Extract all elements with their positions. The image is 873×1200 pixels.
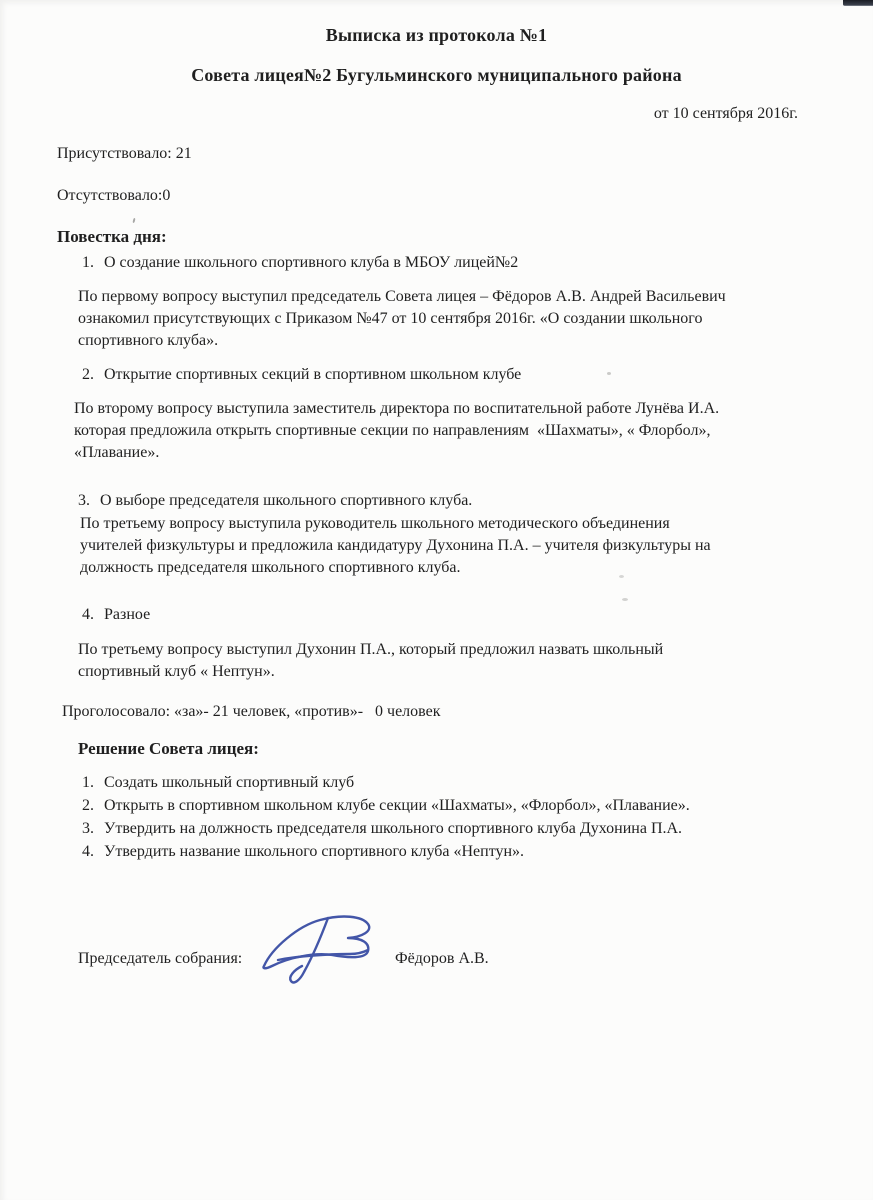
agenda-item-2-title: 2.Открытие спортивных секций в спортивно… — [82, 364, 521, 386]
decision-item-2-text: Открыть в спортивном школьном клубе секц… — [104, 797, 690, 814]
agenda-item-4-paragraph: По третьему вопросу выступил Духонин П.А… — [78, 639, 818, 683]
agenda-item-1-title-text: О создание школьного спортивного клуба в… — [104, 254, 518, 271]
decision-list: 1.Создать школьный спортивный клуб 2.Отк… — [82, 771, 690, 863]
agenda-item-1-number: 1. — [82, 252, 104, 274]
agenda-item-1-paragraph: По первому вопросу выступил председатель… — [78, 286, 818, 352]
decision-item-4-number: 4. — [82, 840, 104, 863]
scan-speck — [607, 372, 611, 375]
agenda-item-4-title-text: Разное — [104, 606, 150, 623]
signature-label: Председатель собрания: — [78, 948, 242, 970]
decision-item-4: 4.Утвердить название школьного спортивно… — [82, 840, 690, 863]
attendance-present: Присутствовало: 21 — [57, 143, 192, 165]
agenda-item-3-title-text: О выборе председателя школьного спортивн… — [100, 492, 472, 509]
decision-item-1-number: 1. — [82, 771, 104, 794]
agenda-heading: Повестка дня: — [57, 226, 167, 248]
scan-artifact-top-right — [843, 0, 873, 6]
decision-item-3-number: 3. — [82, 817, 104, 840]
signature-name: Фёдоров А.В. — [395, 948, 489, 970]
scan-speck — [132, 218, 135, 223]
signature-ink — [258, 910, 390, 990]
attendance-absent: Отсутствовало:0 — [57, 185, 170, 207]
agenda-item-3-title: 3.О выборе председателя школьного спорти… — [78, 490, 472, 512]
vote-result-line: Проголосовало: «за»- 21 человек, «против… — [62, 701, 440, 723]
decision-item-4-text: Утвердить название школьного спортивного… — [104, 843, 524, 860]
decision-item-2: 2.Открыть в спортивном школьном клубе се… — [82, 794, 690, 817]
agenda-item-4-number: 4. — [82, 604, 104, 626]
document-date: от 10 сентября 2016г. — [654, 103, 798, 125]
decision-item-3: 3.Утвердить на должность председателя шк… — [82, 817, 690, 840]
decision-item-2-number: 2. — [82, 794, 104, 817]
document-title-line1: Выписка из протокола №1 — [0, 23, 873, 47]
agenda-item-2-number: 2. — [82, 364, 104, 386]
agenda-item-4-title: 4.Разное — [82, 604, 150, 626]
agenda-item-1-title: 1.О создание школьного спортивного клуба… — [82, 252, 518, 274]
decision-item-1-text: Создать школьный спортивный клуб — [104, 774, 354, 791]
scan-speck — [622, 598, 628, 601]
agenda-item-2-paragraph: По второму вопросу выступила заместитель… — [74, 398, 814, 464]
agenda-item-3-number: 3. — [78, 490, 100, 512]
document-title-line2: Совета лицея№2 Бугульминского муниципаль… — [0, 63, 873, 87]
agenda-item-2-title-text: Открытие спортивных секций в спортивном … — [104, 366, 521, 383]
agenda-item-3-paragraph: По третьему вопросу выступила руководите… — [80, 513, 820, 579]
decision-heading: Решение Совета лицея: — [78, 738, 259, 760]
document-page: Выписка из протокола №1 Совета лицея№2 Б… — [0, 0, 873, 1200]
decision-item-3-text: Утвердить на должность председателя школ… — [104, 820, 682, 837]
decision-item-1: 1.Создать школьный спортивный клуб — [82, 771, 690, 794]
